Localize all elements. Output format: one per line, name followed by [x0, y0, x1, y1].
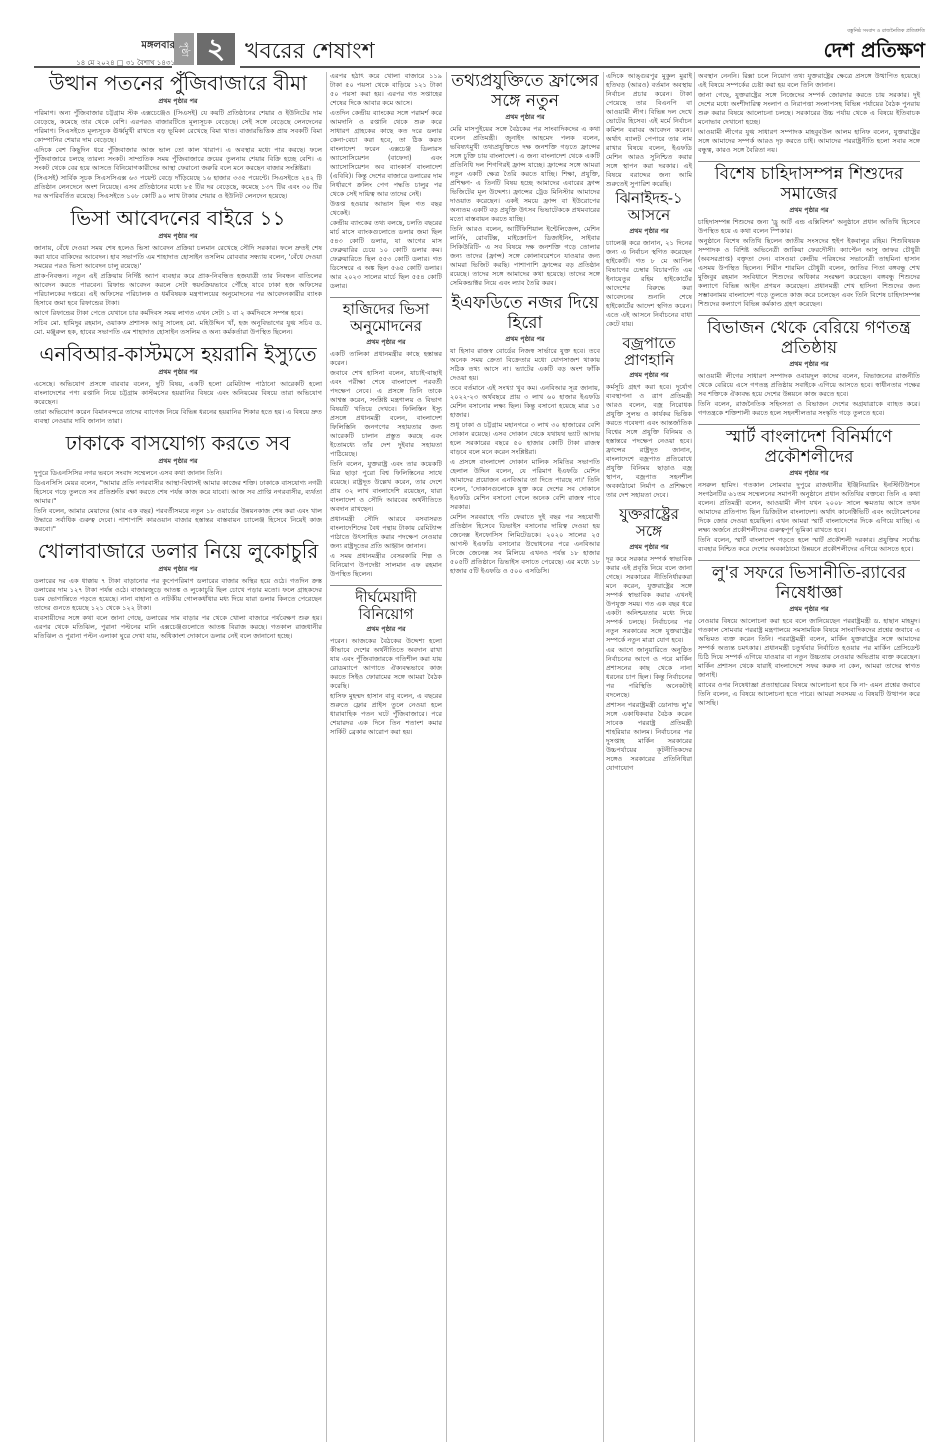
paragraph: ডলারের দর এক ধাক্কায় ৭ টাকা বাড়ানোর পর… — [34, 577, 322, 613]
article-lightning: বজ্রপাতে প্রাণহানি প্রথম পৃষ্ঠার পর কর্ম… — [606, 335, 692, 501]
masthead-rule-right — [240, 66, 920, 68]
paragraph: নেওয়ার বিষয়ে আলোচনা করা হবে বলে জানিয়… — [698, 617, 920, 680]
issue-day: মঙ্গলবার — [25, 38, 175, 55]
kicker: প্রথম পৃষ্ঠার পর — [34, 367, 322, 378]
column-divider — [694, 72, 695, 1442]
paragraph: কেন্দ্রীয় ব্যাংকের তথ্য বলছে, চলতি বছরে… — [330, 219, 442, 291]
headline: উত্থান পতনের পুঁজিবাজারে বীমা — [34, 72, 322, 95]
kicker: প্রথম পৃষ্ঠার পর — [330, 624, 442, 635]
paragraph: প্রাক-নিবন্ধন। নতুন এই প্রক্রিয়ায় নির্… — [34, 272, 322, 308]
article-body: এসেছে। অভিযোগ প্রসঙ্গে বারবার বলেন, দুটি… — [34, 380, 322, 426]
paragraph: জানায়, বেঁধে দেওয়া সময় শেষ হলেও ভিসা … — [34, 244, 322, 271]
column-5: অবস্থান নেননি। রিক্সা চলে নিয়োগ তথ্য যু… — [698, 72, 920, 714]
page-number: ২ — [197, 33, 235, 65]
kicker: প্রথম পৃষ্ঠার পর — [606, 542, 692, 553]
article-body: অবস্থান নেননি। রিক্সা চলে নিয়োগ তথ্য যু… — [698, 72, 920, 155]
article-body: যা হিসাব রাজস্ব বোর্ডের নিজস্ব সার্ভারে … — [450, 347, 600, 576]
article-body: এদিকে আঙ্গুরপুর মুকুল মুরাই হতিঘড় (আরও)… — [606, 72, 692, 189]
paragraph: শুধু ঢাকা ও চট্টগ্রাম মহানগরে ৩ লাখ ৩০ হ… — [450, 421, 600, 457]
paragraph: চ্যালেঞ্জ করে জানান, ২১ দিনের জন্য এ নির… — [606, 239, 692, 329]
kicker: প্রথম পৃষ্ঠার পর — [698, 205, 920, 216]
article-body: চাহিদাসম্পন্ন শিশুদের জন্য 'ড্রু আর্ট এন… — [698, 218, 920, 309]
paragraph: প্রধানমন্ত্রী সৌদি আরবে বসবাসরত বাংলাদেশ… — [330, 515, 442, 551]
paragraph: (সিএসই) সার্বিক সূচক সিএসসিএক্স ৬৩ পয়েন… — [34, 174, 322, 201]
paragraph: এ প্রসঙ্গে বাংলাদেশ দোকান মালিক সমিতির স… — [450, 458, 600, 512]
article-ban: লু'র সফরে ভিসানীতি-র‌্যাবের নিষেধাজ্ঞা প… — [698, 560, 920, 708]
article-body: চ্যালেঞ্জ করে জানান, ২১ দিনের জন্য এ নির… — [606, 239, 692, 329]
paragraph: এদিকে আঙ্গুরপুর মুকুল মুরাই হতিঘড় (আরও)… — [606, 72, 692, 189]
paragraph: চাহিদাসম্পন্ন শিশুদের জন্য 'ড্রু আর্ট এন… — [698, 218, 920, 236]
issue-date-block: মঙ্গলবার ১৪ মে ২০২৪ □ ৩১ বৈশাখ ১৪৩১ — [25, 38, 175, 69]
article-body: দুপুরে ডিএনসিসির নগর ভবনে সংবাদ সম্মেলনে… — [34, 469, 322, 534]
kicker: প্রথম পৃষ্ঠার পর — [34, 96, 322, 107]
column-divider — [603, 72, 604, 1442]
paragraph: উত্তপ্ত হওয়ার আভাস ছিল গত বছর থেকেই। — [330, 200, 442, 218]
article-body: কর্মসূচি গ্রহণ করা হবে। দুর্যোগ ব্যবস্থা… — [606, 383, 692, 500]
paragraph: তিনি বলেন, আমার মেয়াদের (আর এক বছর) পরব… — [34, 507, 322, 534]
article-france: তথ্যপ্রযুক্তিতে ফ্রান্সের সঙ্গে নতুন প্র… — [450, 72, 600, 288]
brand-logo: দেশ প্রতিক্ষণ — [775, 36, 925, 69]
paragraph: এতদিন কেন্দ্রীয় ব্যাংকের সঙ্গে পরামর্শ … — [330, 109, 442, 199]
column-divider — [446, 72, 447, 1442]
kicker: প্রথম পৃষ্ঠার পর — [450, 112, 600, 123]
paragraph: এদিকে বেশ কিছুদিন ধরে পুঁজিবাজার আজ ভাল … — [34, 146, 322, 173]
paragraph: তবে বর্তমানে এই সংখ্যা খুব কম। এনবিআর সূ… — [450, 384, 600, 420]
article-body: নসরুল হামিদ। গতকাল সোমবার দুপুরে রাজধানী… — [698, 481, 920, 554]
paragraph: সচিব মো. হামিদুর রহমান, ওয়াকফ প্রশাসক আ… — [34, 319, 322, 337]
paragraph: এর আগে জানুয়ারিতে অনুষ্ঠিত নির্বাচনের আ… — [606, 646, 692, 700]
headline: এনবিআর-কাস্টমসে হয়রানি ইস্যুতে — [34, 343, 322, 366]
article-investment: দীর্ঘমেয়াদী বিনিয়োগ প্রথম পৃষ্ঠার পর প… — [330, 585, 442, 738]
kicker: প্রথম পৃষ্ঠার পর — [330, 337, 442, 348]
paragraph: যা হিসাব রাজস্ব বোর্ডের নিজস্ব সার্ভারে … — [450, 347, 600, 383]
paragraph: তিনি বলেন, রাজনৈতিক সহিংসতা ও বিভাজন দেশ… — [698, 400, 920, 418]
article-body: নেওয়ার বিষয়ে আলোচনা করা হবে বলে জানিয়… — [698, 617, 920, 708]
article-visa: ভিসা আবেদনের বাইরে ১১ প্রথম পৃষ্ঠার পর জ… — [34, 207, 322, 337]
headline: ঢাকাকে বাসযোগ্য করতে সব — [34, 432, 322, 455]
article-body: পরিমাণ। অন্য পুঁজিবাজার চট্টগ্রাম স্টক এ… — [34, 109, 322, 201]
kicker: প্রথম পৃষ্ঠার পর — [698, 359, 920, 370]
headline: বিভাজন থেকে বেরিয়ে গণতন্ত্র প্রতিষ্ঠায় — [698, 319, 920, 358]
column-1: উত্থান পতনের পুঁজিবাজারে বীমা প্রথম পৃষ্… — [34, 72, 322, 647]
article-body: মেরি মাসপুইয়ের সঙ্গে বৈঠকের পর সাংবাদিক… — [450, 125, 600, 288]
paragraph: তিনি বলেন, যুক্তরাষ্ট্র এবং তার কয়েকটি … — [330, 460, 442, 514]
headline: দীর্ঘমেয়াদী বিনিয়োগ — [330, 589, 442, 624]
headline: যুক্তরাষ্ট্রের সঙ্গে — [606, 506, 692, 541]
paragraph: অবস্থান নেননি। রিক্সা চলে নিয়োগ তথ্য যু… — [698, 72, 920, 90]
paragraph: আওয়ামী লীগের সাধারণ সম্পাদক ওবায়দুল কা… — [698, 372, 920, 399]
paragraph: তিনি আরও বলেন, আর্টিফিশিয়াল ইন্টেলিজেন্… — [450, 225, 600, 288]
article-smart: স্মার্ট বাংলাদেশ বিনির্মাণে প্রকৌশলীদের … — [698, 424, 920, 554]
paragraph: দূর করে সরকার সম্পর্ক স্বাভাবিক করার এই … — [606, 555, 692, 645]
kicker: প্রথম পৃষ্ঠার পর — [34, 231, 322, 242]
paragraph: পরেন। আজকের বৈঠকের উদ্দেশ্য হলো কীভাবে দ… — [330, 637, 442, 691]
paragraph: পরিমাণ। অন্য পুঁজিবাজার চট্টগ্রাম স্টক এ… — [34, 109, 322, 145]
kicker: প্রথম পৃষ্ঠার পর — [606, 226, 692, 237]
article-dollar: খোলাবাজারে ডলার নিয়ে লুকোচুরি প্রথম পৃষ… — [34, 540, 322, 641]
paragraph: ডিএনসিসি মেয়র বলেন, "আমার প্রতি নগরবাসী… — [34, 479, 322, 506]
headline: স্মার্ট বাংলাদেশ বিনির্মাণে প্রকৌশলীদের — [698, 428, 920, 467]
paragraph: আওয়ামী লীগের যুগ্ম সাধারণ সম্পাদক মাহবু… — [698, 128, 920, 155]
paragraph: মেশিন সরবরাহে গতি ফেরাতে দুই বছর পর সহযো… — [450, 513, 600, 576]
column-4: এদিকে আঙ্গুরপুর মুকুল মুরাই হতিঘড় (আরও)… — [606, 72, 692, 779]
article-body: পরেন। আজকের বৈঠকের উদ্দেশ্য হলো কীভাবে দ… — [330, 637, 442, 737]
headline: হাজিদের ভিসা অনুমোদনের — [330, 301, 442, 336]
article-efd: ইএফডিতে নজর দিয়ে হিরো প্রথম পৃষ্ঠার পর … — [450, 294, 600, 576]
headline: ভিসা আবেদনের বাইরে ১১ — [34, 207, 322, 230]
paragraph: মেরি মাসপুইয়ের সঙ্গে বৈঠকের পর সাংবাদিক… — [450, 125, 600, 224]
article-dhaka: ঢাকাকে বাসযোগ্য করতে সব প্রথম পৃষ্ঠার পর… — [34, 432, 322, 534]
article-children: বিশেষ চাহিদাসম্পন্ন শিশুদের সমাজের প্রথম… — [698, 161, 920, 309]
masthead-rule-left — [34, 66, 172, 68]
kicker: প্রথম পৃষ্ঠার পর — [34, 564, 322, 575]
paragraph: তিনি বলেন, স্মার্ট বাংলাদেশ গড়তে হলে স্… — [698, 536, 920, 554]
headline: ঝিনাইদহ-১ আসনে — [606, 190, 692, 225]
paragraph: আগে রিফান্ডের টাকা পেতে যেখানে চার কর্মদ… — [34, 309, 322, 318]
paragraph: জানা গেছে, যুক্তরাষ্ট্রের সঙ্গে নিজেদের … — [698, 91, 920, 127]
article-body: আওয়ামী লীগের সাধারণ সম্পাদক ওবায়দুল কা… — [698, 372, 920, 418]
article-division: বিভাজন থেকে বেরিয়ে গণতন্ত্র প্রতিষ্ঠায়… — [698, 315, 920, 418]
article-nbr: এনবিআর-কাস্টমসে হয়রানি ইস্যুতে প্রথম পৃ… — [34, 343, 322, 426]
article-hajj: হাজিদের ভিসা অনুমোদনের প্রথম পৃষ্ঠার পর … — [330, 297, 442, 579]
paragraph: প্রশাসন পররাষ্ট্রমন্ত্রী ডোনাল্ড লু'র সঙ… — [606, 701, 692, 773]
headline: লু'র সফরে ভিসানীতি-র‌্যাবের নিষেধাজ্ঞা — [698, 564, 920, 603]
kicker: প্রথম পৃষ্ঠার পর — [34, 456, 322, 467]
paragraph: তারা অভিযোগ করেন বিমানবন্দরে তাদের ব্যাগ… — [34, 408, 322, 426]
article-jhenaidah: এদিকে আঙ্গুরপুর মুকুল মুরাই হতিঘড় (আরও)… — [606, 72, 692, 329]
paragraph: দুপুরে ডিএনসিসির নগর ভবনে সংবাদ সম্মেলনে… — [34, 469, 322, 478]
kicker: প্রথম পৃষ্ঠার পর — [450, 334, 600, 345]
headline: বিশেষ চাহিদাসম্পন্ন শিশুদের সমাজের — [698, 165, 920, 204]
column-divider — [326, 72, 327, 1442]
article-bima: উত্থান পতনের পুঁজিবাজারে বীমা প্রথম পৃষ্… — [34, 72, 322, 201]
headline: খোলাবাজারে ডলার নিয়ে লুকোচুরি — [34, 540, 322, 563]
paragraph: একটি তালিকা প্রধানমন্ত্রীর কাছে হস্তান্ত… — [330, 350, 442, 368]
brand-tagline: বস্তুনিষ্ঠ সংবাদ ও রাজনৈতিক প্রতিশ্রুতি — [775, 28, 925, 36]
headline: বজ্রপাতে প্রাণহানি — [606, 335, 692, 370]
paragraph: হাসিফ মুহম্মদ হাসান বাবু বলেন, এ বছরের শ… — [330, 692, 442, 737]
paragraph: নসরুল হামিদ। গতকাল সোমবার দুপুরে রাজধানী… — [698, 481, 920, 535]
column-2: এরপর হঠাৎ করে খোলা বাজারে ১১৯ টাকা ৫০ পয… — [330, 72, 442, 743]
paragraph: এ সময় প্রধানমন্ত্রীর বেসরকারি শিল্প ও ব… — [330, 552, 442, 579]
column-3: তথ্যপ্রযুক্তিতে ফ্রান্সের সঙ্গে নতুন প্র… — [450, 72, 600, 582]
article-body: জানায়, বেঁধে দেওয়া সময় শেষ হলেও ভিসা … — [34, 244, 322, 337]
newspaper-brand: বস্তুনিষ্ঠ সংবাদ ও রাজনৈতিক প্রতিশ্রুতি … — [775, 28, 925, 69]
paragraph: জবাবে শেখ হাসিনা বলেন, যাচাই-বাছাই এবং প… — [330, 369, 442, 459]
article-lu-continued: অবস্থান নেননি। রিক্সা চলে নিয়োগ তথ্য যু… — [698, 72, 920, 155]
kicker: প্রথম পৃষ্ঠার পর — [606, 370, 692, 381]
paragraph: ব্যবসায়ীদের সঙ্গে কথা বলে জানা গেছে, ডল… — [34, 614, 322, 641]
paragraph: এসেছে। অভিযোগ প্রসঙ্গে বারবার বলেন, দুটি… — [34, 380, 322, 407]
article-body: দূর করে সরকার সম্পর্ক স্বাভাবিক করার এই … — [606, 555, 692, 773]
article-body: ডলারের দর এক ধাক্কায় ৭ টাকা বাড়ানোর পর… — [34, 577, 322, 641]
paragraph: র‌্যাবের ওপর নিষেধাজ্ঞা প্রত্যাহারের বিষ… — [698, 681, 920, 708]
kicker: প্রথম পৃষ্ঠার পর — [698, 468, 920, 479]
headline: ইএফডিতে নজর দিয়ে হিরো — [450, 294, 600, 333]
paragraph: অনুষ্ঠানে বিশেষ অতিথি ছিলেন জাতীয় সংসদে… — [698, 237, 920, 309]
headline: তথ্যপ্রযুক্তিতে ফ্রান্সের সঙ্গে নতুন — [450, 72, 600, 111]
page-label: পৃষ্ঠা — [174, 33, 194, 65]
paragraph: কর্মসূচি গ্রহণ করা হবে। দুর্যোগ ব্যবস্থা… — [606, 383, 692, 500]
kicker: প্রথম পৃষ্ঠার পর — [698, 604, 920, 615]
article-body: একটি তালিকা প্রধানমন্ত্রীর কাছে হস্তান্ত… — [330, 350, 442, 579]
article-usa: যুক্তরাষ্ট্রের সঙ্গে প্রথম পৃষ্ঠার পর দূ… — [606, 506, 692, 773]
masthead: মঙ্গলবার ১৪ মে ২০২৪ □ ৩১ বৈশাখ ১৪৩১ পৃষ্… — [0, 0, 945, 66]
